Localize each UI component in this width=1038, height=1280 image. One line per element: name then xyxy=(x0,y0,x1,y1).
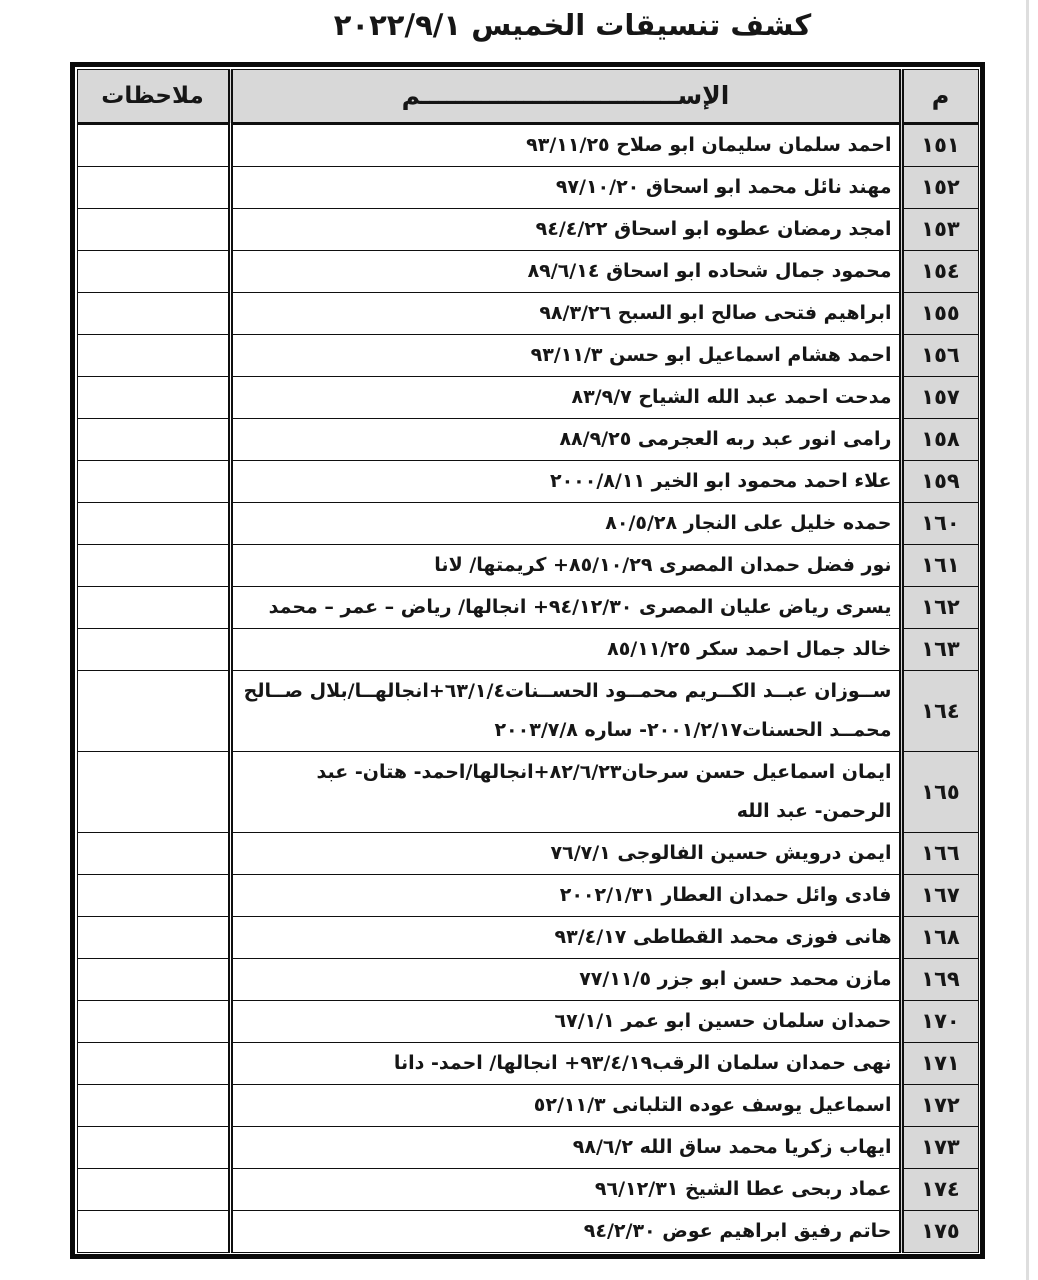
row-notes-cell xyxy=(77,628,230,670)
row-notes-cell xyxy=(77,544,230,586)
row-number-cell: ١٧٣ xyxy=(901,1126,978,1168)
row-notes-cell xyxy=(77,460,230,502)
table-row: ١٥٨ رامى انور عبد ربه العجرمى ٨٨/٩/٢٥ xyxy=(77,418,978,460)
table-row: ١٦٢ يسرى رياض عليان المصرى ٩٤/١٢/٣٠+ انج… xyxy=(77,586,978,628)
table-row: ١٦٣ خالد جمال احمد سكر ٨٥/١١/٢٥ xyxy=(77,628,978,670)
row-notes-cell xyxy=(77,334,230,376)
row-notes-cell xyxy=(77,208,230,250)
row-notes-cell xyxy=(77,250,230,292)
table-row: ١٦٠ حمده خليل على النجار ٨٠/٥/٢٨ xyxy=(77,502,978,544)
row-name-cell: اسماعيل يوسف عوده التلبانى ٥٢/١١/٣ xyxy=(230,1084,901,1126)
row-notes-cell xyxy=(77,376,230,418)
row-number-cell: ١٦٥ xyxy=(901,751,978,832)
row-number-cell: ١٦٨ xyxy=(901,916,978,958)
row-notes-cell xyxy=(77,1042,230,1084)
row-name-cell: ابراهيم فتحى صالح ابو السبح ٩٨/٣/٢٦ xyxy=(230,292,901,334)
table-row: ١٧١ نهى حمدان سلمان الرقب٩٣/٤/١٩+ انجاله… xyxy=(77,1042,978,1084)
row-name-cell: عماد ربحى عطا الشيخ ٩٦/١٢/٣١ xyxy=(230,1168,901,1210)
row-number-cell: ١٧٥ xyxy=(901,1210,978,1252)
row-number-cell: ١٦٩ xyxy=(901,958,978,1000)
row-number-cell: ١٦٢ xyxy=(901,586,978,628)
row-notes-cell xyxy=(77,418,230,460)
table-row: ١٥١ احمد سلمان سليمان ابو صلاح ٩٣/١١/٢٥ xyxy=(77,123,978,166)
scan-edge-artifact xyxy=(1026,0,1029,1280)
row-name-cell: حمده خليل على النجار ٨٠/٥/٢٨ xyxy=(230,502,901,544)
row-name-cell: خالد جمال احمد سكر ٨٥/١١/٢٥ xyxy=(230,628,901,670)
row-name-cell: ايهاب زكريا محمد ساق الله ٩٨/٦/٢ xyxy=(230,1126,901,1168)
row-notes-cell xyxy=(77,1210,230,1252)
row-notes-cell xyxy=(77,123,230,166)
row-number-cell: ١٥٤ xyxy=(901,250,978,292)
row-name-cell: نور فضل حمدان المصرى ٨٥/١٠/٢٩+ كريمتها/ … xyxy=(230,544,901,586)
table-row: ١٧٠ حمدان سلمان حسين ابو عمر ٦٧/١/١ xyxy=(77,1000,978,1042)
row-notes-cell xyxy=(77,670,230,751)
row-number-cell: ١٧١ xyxy=(901,1042,978,1084)
row-name-cell: نهى حمدان سلمان الرقب٩٣/٤/١٩+ انجالها/ ا… xyxy=(230,1042,901,1084)
row-notes-cell xyxy=(77,586,230,628)
row-number-cell: ١٦٧ xyxy=(901,874,978,916)
row-name-cell: مدحت احمد عبد الله الشياح ٨٣/٩/٧ xyxy=(230,376,901,418)
table-row: ١٦١ نور فضل حمدان المصرى ٨٥/١٠/٢٩+ كريمت… xyxy=(77,544,978,586)
row-name-cell: يسرى رياض عليان المصرى ٩٤/١٢/٣٠+ انجالها… xyxy=(230,586,901,628)
row-number-cell: ١٦٣ xyxy=(901,628,978,670)
row-number-cell: ١٥٩ xyxy=(901,460,978,502)
row-number-cell: ١٥١ xyxy=(901,123,978,166)
table-row: ١٥٦ احمد هشام اسماعيل ابو حسن ٩٣/١١/٣ xyxy=(77,334,978,376)
table-row: ١٥٧ مدحت احمد عبد الله الشياح ٨٣/٩/٧ xyxy=(77,376,978,418)
row-name-cell: رامى انور عبد ربه العجرمى ٨٨/٩/٢٥ xyxy=(230,418,901,460)
row-number-cell: ١٦٤ xyxy=(901,670,978,751)
row-notes-cell xyxy=(77,916,230,958)
row-name-cell: محمود جمال شحاده ابو اسحاق ٨٩/٦/١٤ xyxy=(230,250,901,292)
row-name-cell: ســوزان عبــد الكــريم محمــود الحســنات… xyxy=(230,670,901,751)
row-name-cell: احمد هشام اسماعيل ابو حسن ٩٣/١١/٣ xyxy=(230,334,901,376)
row-number-cell: ١٥٦ xyxy=(901,334,978,376)
row-name-cell: هانى فوزى محمد القطاطى ٩٣/٤/١٧ xyxy=(230,916,901,958)
row-notes-cell xyxy=(77,166,230,208)
table-row: ١٦٥ ايمان اسماعيل حسن سرحان٨٢/٦/٢٣+انجال… xyxy=(77,751,978,832)
table-row: ١٦٩ مازن محمد حسن ابو جزر ٧٧/١١/٥ xyxy=(77,958,978,1000)
table-row: ١٦٧ فادى وائل حمدان العطار ٢٠٠٢/١/٣١ xyxy=(77,874,978,916)
row-notes-cell xyxy=(77,1084,230,1126)
table-row: ١٦٦ ايمن درويش حسين الفالوجى ٧٦/٧/١ xyxy=(77,832,978,874)
table-row: ١٦٤ ســوزان عبــد الكــريم محمــود الحسـ… xyxy=(77,670,978,751)
row-name-cell: علاء احمد محمود ابو الخير ٢٠٠٠/٨/١١ xyxy=(230,460,901,502)
scanned-document: { "title": "كشف تنسيقات الخميس ٢٠٢٢/٩/١"… xyxy=(0,0,1038,1280)
row-name-cell: امجد رمضان عطوه ابو اسحاق ٩٤/٤/٢٢ xyxy=(230,208,901,250)
table-row: ١٧٤ عماد ربحى عطا الشيخ ٩٦/١٢/٣١ xyxy=(77,1168,978,1210)
table-row: ١٥٣ امجد رمضان عطوه ابو اسحاق ٩٤/٤/٢٢ xyxy=(77,208,978,250)
row-number-cell: ١٥٣ xyxy=(901,208,978,250)
row-name-cell: احمد سلمان سليمان ابو صلاح ٩٣/١١/٢٥ xyxy=(230,123,901,166)
row-notes-cell xyxy=(77,502,230,544)
row-notes-cell xyxy=(77,1126,230,1168)
row-number-cell: ١٧٠ xyxy=(901,1000,978,1042)
row-number-cell: ١٥٧ xyxy=(901,376,978,418)
row-notes-cell xyxy=(77,1000,230,1042)
table-row: ١٧٢ اسماعيل يوسف عوده التلبانى ٥٢/١١/٣ xyxy=(77,1084,978,1126)
page-title: كشف تنسيقات الخميس ٢٠٢٢/٩/١ xyxy=(115,8,1030,42)
row-number-cell: ١٥٢ xyxy=(901,166,978,208)
header-row: م الإســــــــــــــــــــــــــــــم مل… xyxy=(77,69,978,123)
row-notes-cell xyxy=(77,958,230,1000)
row-notes-cell xyxy=(77,292,230,334)
row-number-cell: ١٧٢ xyxy=(901,1084,978,1126)
table-row: ١٥٥ ابراهيم فتحى صالح ابو السبح ٩٨/٣/٢٦ xyxy=(77,292,978,334)
row-number-cell: ١٦١ xyxy=(901,544,978,586)
table-row: ١٧٥ حاتم رفيق ابراهيم عوض ٩٤/٢/٣٠ xyxy=(77,1210,978,1252)
header-number-column: م xyxy=(901,69,978,123)
row-name-cell: مهند نائل محمد ابو اسحاق ٩٧/١٠/٢٠ xyxy=(230,166,901,208)
table-row: ١٥٢ مهند نائل محمد ابو اسحاق ٩٧/١٠/٢٠ xyxy=(77,166,978,208)
table-row: ١٧٣ ايهاب زكريا محمد ساق الله ٩٨/٦/٢ xyxy=(77,1126,978,1168)
row-name-cell: ايمان اسماعيل حسن سرحان٨٢/٦/٢٣+انجالها/ا… xyxy=(230,751,901,832)
row-number-cell: ١٥٥ xyxy=(901,292,978,334)
table-row: ١٥٤ محمود جمال شحاده ابو اسحاق ٨٩/٦/١٤ xyxy=(77,250,978,292)
row-notes-cell xyxy=(77,874,230,916)
row-name-cell: حاتم رفيق ابراهيم عوض ٩٤/٢/٣٠ xyxy=(230,1210,901,1252)
row-number-cell: ١٦٠ xyxy=(901,502,978,544)
row-notes-cell xyxy=(77,1168,230,1210)
row-name-cell: فادى وائل حمدان العطار ٢٠٠٢/١/٣١ xyxy=(230,874,901,916)
row-number-cell: ١٥٨ xyxy=(901,418,978,460)
table-row: ١٦٨ هانى فوزى محمد القطاطى ٩٣/٤/١٧ xyxy=(77,916,978,958)
row-number-cell: ١٧٤ xyxy=(901,1168,978,1210)
table-row: ١٥٩ علاء احمد محمود ابو الخير ٢٠٠٠/٨/١١ xyxy=(77,460,978,502)
header-name-column: الإســــــــــــــــــــــــــــــم xyxy=(230,69,901,123)
row-notes-cell xyxy=(77,751,230,832)
row-number-cell: ١٦٦ xyxy=(901,832,978,874)
row-name-cell: مازن محمد حسن ابو جزر ٧٧/١١/٥ xyxy=(230,958,901,1000)
header-notes-column: ملاحظات xyxy=(77,69,230,123)
row-name-cell: حمدان سلمان حسين ابو عمر ٦٧/١/١ xyxy=(230,1000,901,1042)
roster-table: م الإســــــــــــــــــــــــــــــم مل… xyxy=(77,69,979,1253)
row-name-cell: ايمن درويش حسين الفالوجى ٧٦/٧/١ xyxy=(230,832,901,874)
row-notes-cell xyxy=(77,832,230,874)
roster-table-frame: م الإســــــــــــــــــــــــــــــم مل… xyxy=(70,62,985,1259)
